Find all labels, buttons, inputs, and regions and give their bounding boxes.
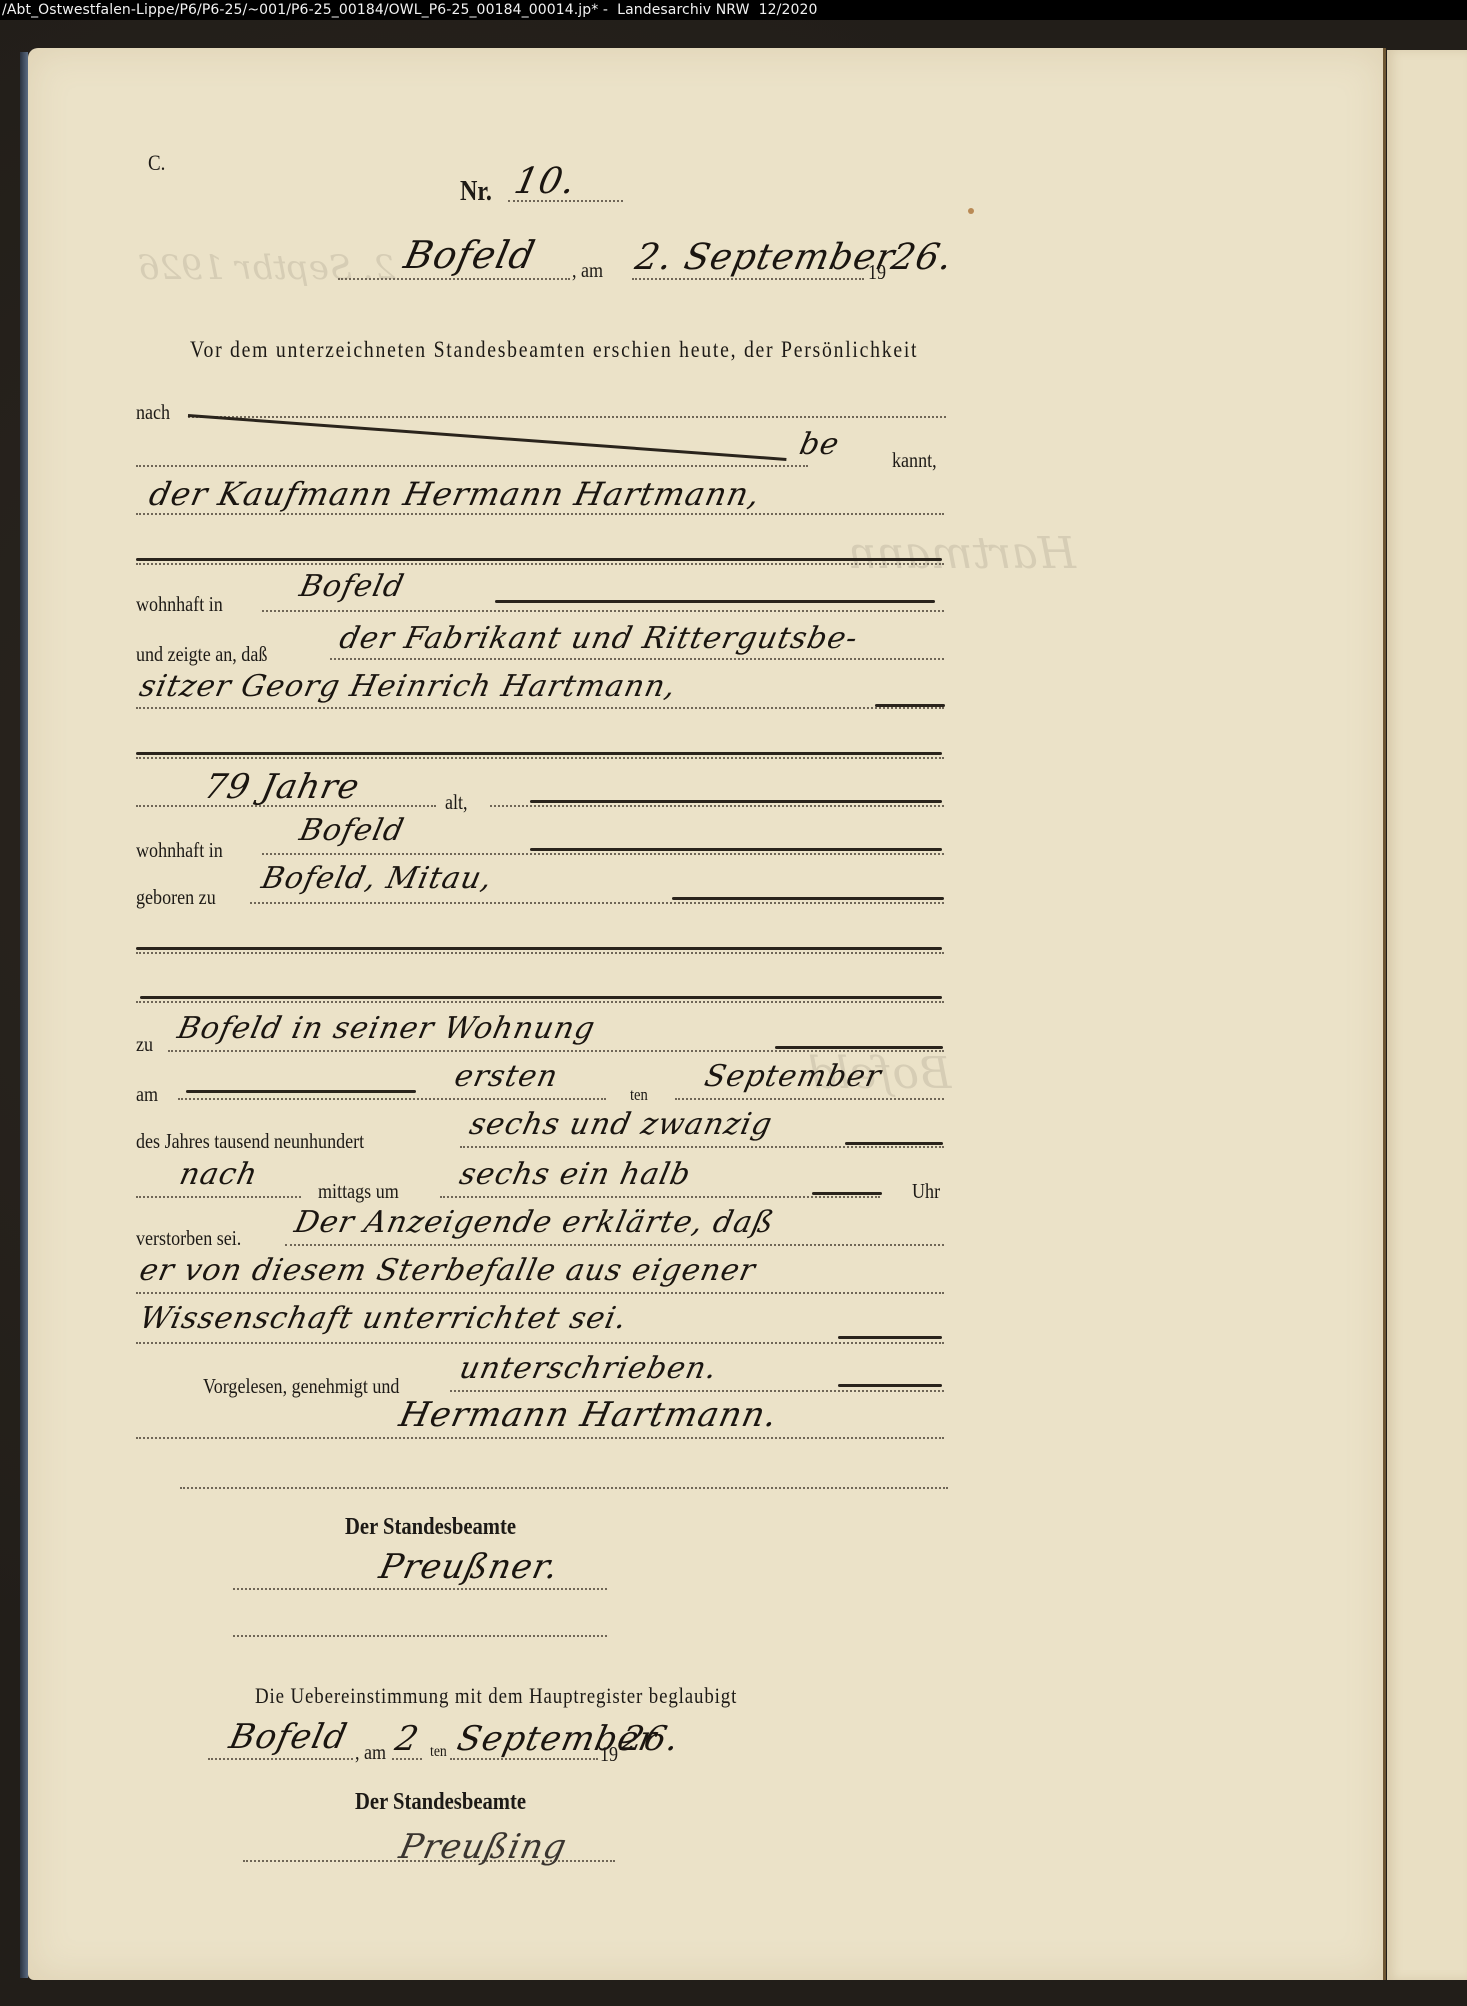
cert-ten-label: ten bbox=[430, 1744, 447, 1760]
filler-line bbox=[838, 1384, 942, 1387]
cert-place: Bofeld bbox=[226, 1720, 350, 1754]
certification-text: Die Uebereinstimmung mit dem Hauptregist… bbox=[255, 1685, 737, 1707]
blank-line-filled bbox=[140, 996, 942, 999]
filler-line bbox=[875, 704, 945, 707]
known-suffix: kannt, bbox=[892, 450, 937, 471]
informant-signature: Hermann Hartmann. bbox=[396, 1398, 780, 1432]
known-field-line bbox=[136, 465, 808, 467]
vorgelesen-value: unterschrieben. bbox=[457, 1354, 720, 1384]
filler-line bbox=[495, 600, 935, 603]
filler-line bbox=[845, 1142, 943, 1145]
page-edge-left bbox=[20, 52, 28, 1978]
informant-field-line bbox=[136, 513, 944, 515]
date-field-line bbox=[632, 278, 864, 280]
remark-line-3: Wissenschaft unterrichtet sei. bbox=[137, 1304, 630, 1334]
record-number: 10. bbox=[511, 164, 579, 200]
am-month-value: September bbox=[702, 1062, 884, 1092]
year-value: sechs und zwanzig bbox=[467, 1110, 775, 1140]
place-value: Bofeld bbox=[401, 236, 539, 274]
age-value: 79 Jahre bbox=[201, 770, 362, 804]
nach-label: nach bbox=[136, 402, 170, 423]
age-label: alt, bbox=[445, 792, 468, 813]
blank-field-line bbox=[136, 1001, 944, 1003]
known-prefix: be bbox=[797, 430, 842, 460]
remark-field-line-1 bbox=[285, 1244, 944, 1246]
wohnhaft-label-2: wohnhaft in bbox=[136, 840, 223, 861]
zu-label: zu bbox=[136, 1034, 153, 1055]
bleed-through-text: Hartmann bbox=[848, 528, 1076, 579]
deceased-line-1: der Fabrikant und Rittergutsbe- bbox=[337, 624, 861, 654]
filler-line bbox=[186, 1090, 416, 1093]
registrar-signature-line-1 bbox=[233, 1588, 607, 1590]
wohnhaft-label-1: wohnhaft in bbox=[136, 594, 223, 615]
registrar-signature-1: Preußner. bbox=[376, 1550, 561, 1584]
mittags-label: mittags um bbox=[318, 1181, 399, 1202]
uhr-label: Uhr bbox=[912, 1181, 940, 1202]
time-field-line bbox=[440, 1196, 880, 1198]
window-title-bar: /Abt_Ostwestfalen-Lippe/P6/P6-25/~001/P6… bbox=[0, 0, 1467, 20]
wohnhaft-field-line-1 bbox=[262, 610, 944, 612]
remark-line-1: Der Anzeigende erklärte, daß bbox=[292, 1208, 777, 1238]
filler-line bbox=[838, 1336, 942, 1339]
wohnhaft-field-line-2 bbox=[262, 853, 944, 855]
zeigte-label: und zeigte an, daß bbox=[136, 644, 267, 665]
registrar-title-1: Der Standesbeamte bbox=[345, 1515, 516, 1539]
registrar-title-2: Der Standesbeamte bbox=[355, 1790, 526, 1814]
age-rest-line bbox=[490, 805, 944, 807]
facing-page bbox=[1387, 50, 1467, 1980]
cert-place-line bbox=[208, 1758, 353, 1760]
time-value: sechs ein halb bbox=[457, 1160, 694, 1190]
am-label: , am bbox=[572, 260, 603, 281]
filler-line bbox=[775, 1046, 943, 1049]
geboren-field-line bbox=[250, 902, 944, 904]
corner-mark: C. bbox=[148, 152, 165, 174]
year-field-line bbox=[460, 1146, 944, 1148]
year-prefix: 19 bbox=[868, 262, 886, 283]
blank-signature-line bbox=[180, 1487, 948, 1489]
ten-label: ten bbox=[630, 1086, 648, 1103]
time-prefix-value: nach bbox=[177, 1160, 261, 1190]
blank-line-filled bbox=[136, 558, 942, 561]
informant-signature-line bbox=[136, 1437, 944, 1439]
deceased-field-line-2 bbox=[136, 707, 944, 709]
number-label: Nr. bbox=[460, 178, 492, 206]
filler-line bbox=[672, 897, 944, 900]
blank-field-line bbox=[136, 563, 944, 565]
blank-line-filled bbox=[136, 947, 942, 950]
paper-stain bbox=[968, 208, 974, 214]
remark-field-line-2 bbox=[136, 1292, 944, 1294]
verstorben-label: verstorben sei. bbox=[136, 1228, 241, 1249]
month-field-line bbox=[675, 1098, 944, 1100]
bleed-through-text: 2. Septbr 1926 bbox=[138, 248, 395, 288]
deceased-line-2: sitzer Georg Heinrich Hartmann, bbox=[137, 672, 679, 702]
am-label-2: am bbox=[136, 1084, 158, 1105]
remark-field-line-3 bbox=[136, 1342, 944, 1344]
zu-value: Bofeld in seiner Wohnung bbox=[175, 1014, 598, 1044]
cert-year-prefix: 19 bbox=[600, 1744, 618, 1765]
geboren-label: geboren zu bbox=[136, 887, 216, 908]
page-fold bbox=[1383, 48, 1386, 1980]
blank-line-filled bbox=[136, 752, 942, 755]
wohnhaft-value-1: Bofeld bbox=[297, 572, 407, 602]
blank-field-line bbox=[136, 757, 944, 759]
am-day-value: ersten bbox=[452, 1062, 561, 1092]
registrar-blank-line bbox=[233, 1635, 607, 1637]
cert-year-suffix: 26. bbox=[618, 1722, 682, 1756]
wohnhaft-value-2: Bofeld bbox=[297, 816, 407, 846]
filler-line bbox=[812, 1192, 882, 1195]
cert-am-label: , am bbox=[355, 1742, 386, 1763]
vorgelesen-label: Vorgelesen, genehmigt und bbox=[203, 1376, 399, 1397]
blank-field-line bbox=[136, 952, 944, 954]
year-label: des Jahres tausend neunhundert bbox=[136, 1131, 364, 1152]
informant-value: der Kaufmann Hermann Hartmann, bbox=[147, 478, 764, 510]
remark-line-2: er von diesem Sterbefalle aus eigener bbox=[137, 1256, 759, 1286]
deceased-field-line-1 bbox=[330, 658, 944, 660]
filler-line bbox=[530, 800, 942, 803]
filler-line bbox=[530, 848, 942, 851]
time-prefix-line bbox=[136, 1196, 301, 1198]
geboren-value: Bofeld, Mitau, bbox=[259, 864, 495, 894]
zu-field-line bbox=[168, 1050, 944, 1052]
registrar-signature-2: Preußing bbox=[396, 1830, 570, 1864]
intro-text: Vor dem unterzeichneten Standesbeamten e… bbox=[190, 338, 918, 361]
year-suffix: 26. bbox=[888, 240, 956, 276]
nach-field-line bbox=[188, 416, 946, 418]
date-value: 2. September bbox=[632, 240, 898, 276]
place-field-line bbox=[338, 278, 570, 280]
am-field-line bbox=[178, 1098, 606, 1100]
vorgelesen-field-line bbox=[450, 1390, 944, 1392]
